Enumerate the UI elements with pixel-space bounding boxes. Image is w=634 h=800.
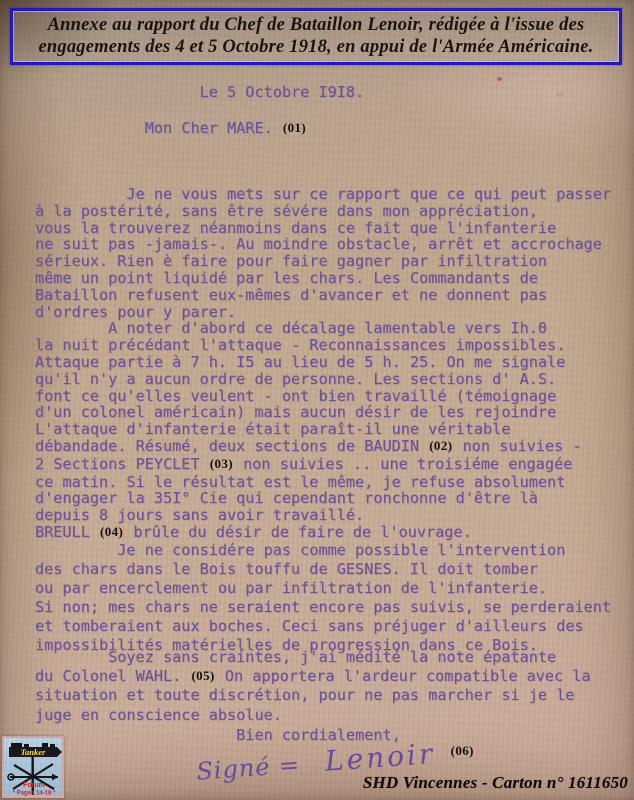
typed-line: Bien cordialement, xyxy=(35,727,401,744)
typed-line: la nuit précédant l'attaque - Reconnaiss… xyxy=(35,337,611,354)
logo-forum-text: Forum xyxy=(23,782,45,789)
typed-line: vous la trouverez néanmoins dans ce fait… xyxy=(35,220,611,237)
typed-line: Je ne vous mets sur ce rapport que ce qu… xyxy=(35,186,611,203)
typed-line: d'engager la 35I° Cie qui cependant ronc… xyxy=(35,490,611,507)
typed-line: Je ne considére pas comme possible l'int… xyxy=(35,541,611,560)
letter-closing: Bien cordialement, xyxy=(35,727,401,744)
logo-pages-text: * Pages 14-18 * xyxy=(13,791,56,797)
signature-note-marker: (06) xyxy=(450,743,475,759)
weathervane-icon: Tanker Forum * Pages 14-18 * xyxy=(4,738,62,796)
typed-line: L'attaque d'infanterie était paraît-il u… xyxy=(35,421,611,438)
typed-line: Soyez sans craintes, j'ai médité la note… xyxy=(35,648,591,667)
typed-line: Si non; mes chars ne seraient encore pas… xyxy=(35,598,611,617)
typed-line: A noter d'abord ce décalage lamentable v… xyxy=(35,320,611,337)
signature-name: Lenoir xyxy=(324,737,436,778)
typed-line: Bataillon refusent eux-mêmes d'avancer e… xyxy=(35,287,611,304)
typed-line: d'ordres pour y parer. xyxy=(35,304,611,321)
letter-salutation: Mon Cher MARE. (01) xyxy=(35,120,307,137)
typed-line: 2 Sections PEYCLET (03) non suivies .. u… xyxy=(35,456,611,474)
signature-label: Signé = xyxy=(195,751,301,786)
typed-line: débandade. Résumé, deux sections de BAUD… xyxy=(35,438,611,456)
typed-line: à la postérité, sans être sévére dans mo… xyxy=(35,203,611,220)
annotation-marker: (05) xyxy=(190,668,215,683)
logo-banner-text: Tanker xyxy=(21,747,46,757)
typed-line: Le 5 Octobre I9I8. xyxy=(35,84,364,101)
typed-line: ne suit pas -jamais-. Au moindre obstacl… xyxy=(35,236,611,253)
typed-line: Attaque partie à 7 h. I5 au lieu de 5 h.… xyxy=(35,354,611,371)
paper-stain xyxy=(497,77,502,81)
typed-line: des chars dans le Bois touffu de GESNES.… xyxy=(35,560,611,579)
typed-line: ce matin. Si le résultat est le même, je… xyxy=(35,474,611,491)
annotation-marker: (02) xyxy=(428,438,453,453)
letter-date: Le 5 Octobre I9I8. xyxy=(35,84,364,101)
letter-paragraph-2: Je ne considére pas comme possible l'int… xyxy=(35,541,611,655)
typed-line: et tomberaient aux boches. Ceci sans pré… xyxy=(35,617,611,636)
typed-line: juge en conscience absolue. xyxy=(35,706,591,725)
typed-line: ou par encerclement ou par infiltration … xyxy=(35,579,611,598)
typed-line: depuis 8 jours sans avoir travaillé. xyxy=(35,507,611,524)
typed-line: qu'il n'y a aucun ordre de personne. Les… xyxy=(35,371,611,388)
letter-paragraph-1: Je ne vous mets sur ce rapport que ce qu… xyxy=(35,186,611,542)
typed-line: font ce qu'elles veulent - ont bien trav… xyxy=(35,388,611,405)
typed-line: Mon Cher MARE. (01) xyxy=(35,120,307,137)
scanned-letter-page: Annexe au rapport du Chef de Bataillon L… xyxy=(0,0,634,800)
annotation-marker: (01) xyxy=(282,120,307,135)
banner-line-1: Annexe au rapport du Chef de Bataillon L… xyxy=(17,14,615,36)
letter-paragraph-3: Soyez sans craintes, j'ai médité la note… xyxy=(35,648,591,725)
paper-stain xyxy=(556,92,565,97)
typed-line: du Colonel WAHL. (05) On apportera l'ard… xyxy=(35,667,591,686)
forum-logo: Tanker Forum * Pages 14-18 * xyxy=(2,736,64,798)
banner-line-2: engagements des 4 et 5 Octobre 1918, en … xyxy=(17,36,615,58)
annotation-marker: (04) xyxy=(99,524,124,539)
typed-line: d'un colonel américain) mais aucun désir… xyxy=(35,404,611,421)
annotation-banner: Annexe au rapport du Chef de Bataillon L… xyxy=(10,8,622,65)
archive-reference: SHD Vincennes - Carton n° 1611650 xyxy=(363,773,628,793)
typed-line: même un point liquidé par les chars. Les… xyxy=(35,270,611,287)
annotation-marker: (03) xyxy=(209,456,234,471)
typed-line: situation et toute discrétion, pour ne p… xyxy=(35,686,591,705)
typed-line: BREULL (04) brûle du désir de faire de l… xyxy=(35,524,611,542)
typed-line: sérieux. Rien è faire pour faire gagner … xyxy=(35,253,611,270)
